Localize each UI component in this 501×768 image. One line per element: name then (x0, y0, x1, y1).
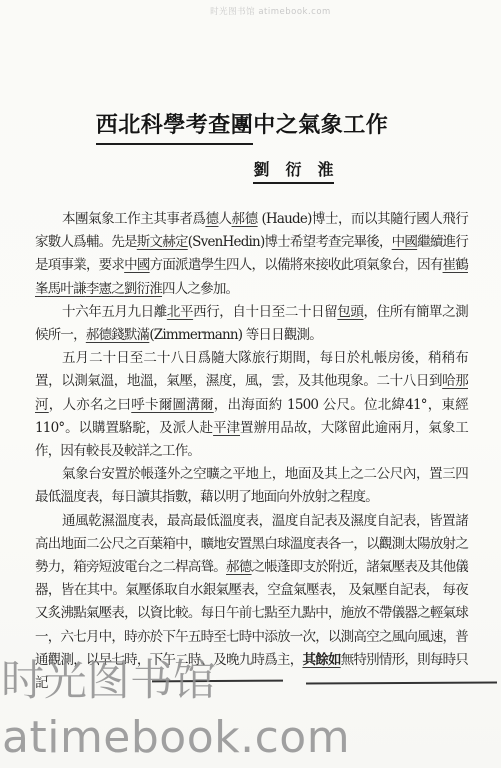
proper-noun: 劉衍淮 (124, 281, 162, 297)
paragraph: 氣象台安置於帳蓬外之空曠之平地上，地面及其上之二公尺內，置三四最低溫度表，每日讀… (35, 463, 468, 509)
article-title: 西北科學考查團中之氣象工作 (0, 108, 484, 139)
proper-noun: 平津 (213, 420, 240, 436)
text-segment: 西行，自十日至二十日留 (193, 304, 337, 320)
author-name: 劉 衍 淮 (253, 160, 333, 184)
proper-noun: 德 (205, 211, 218, 227)
proper-noun: 北平 (167, 304, 193, 320)
proper-noun: 郝德錢默滿 (86, 327, 150, 343)
paragraph: 五月二十日至二十八日爲隨大隊旅行期間，每日於札帳房後，稍稍布置，以測氣溫，地溫，… (35, 347, 468, 463)
text-segment: 本團氣象工作主其事者爲 (62, 211, 205, 227)
article-body: 本團氣象工作主其事者爲德人郝德 (Haude)博士，而以其隨行國人飛行家數人爲輔… (35, 208, 468, 695)
top-watermark: 时光图书馆 atimebook.com (40, 5, 501, 17)
proper-noun: 包頭 (337, 304, 363, 320)
text-segment: ，人亦名之曰 (49, 397, 132, 413)
proper-noun: 郝德 (232, 211, 258, 227)
title-proper-noun-segment: 西北科學考查團 (96, 112, 254, 145)
text-segment: 氣象台安置於帳蓬外之空曠之平地上，地面及其上之二公尺內，置三四最低溫度表，每日讀… (35, 466, 468, 505)
proper-noun: 斯文赫定 (137, 234, 188, 250)
paragraph: 本團氣象工作主其事者爲德人郝德 (Haude)博士，而以其隨行國人飛行家數人爲輔… (35, 208, 468, 301)
text-segment: 四人之參加。 (162, 281, 238, 297)
paragraph: 十六年五月九日離北平西行，自十日至二十日留包頭，住所有簡單之測候所一，郝德錢默滿… (35, 301, 468, 347)
proper-noun: 馬叶謙 (48, 281, 86, 297)
bottom-watermark-domain: atimebook.com (2, 714, 350, 762)
text-segment: 方面派遣學生四人，以備將來接收此項氣象台，因有 (150, 257, 443, 273)
scanned-document-page: 时光图书馆 atimebook.com 西北科學考查團中之氣象工作 劉 衍 淮 … (0, 0, 501, 768)
proper-noun: 呼卡爾圖溝爾 (131, 397, 214, 413)
text-segment: (SvenHedin)博士希望考查完畢後， (188, 234, 392, 250)
proper-noun: 中國 (392, 234, 417, 250)
proper-noun: 中國 (124, 257, 149, 273)
text-segment: 人 (218, 211, 231, 227)
proper-noun: 郝德 (226, 559, 251, 575)
title-segment: 中之氣象工作 (253, 112, 388, 138)
author-line: 劉 衍 淮 (86, 157, 501, 180)
text-segment: 五月二十日至二十八日爲隨大隊旅行期間，每日於札帳房後，稍稍布置，以測氣溫，地溫，… (35, 350, 468, 389)
bottom-watermark-chinese: 时光图书馆 (1, 660, 216, 703)
proper-noun: 李憲之 (86, 281, 124, 297)
proper-noun: 其餘如 (302, 652, 340, 668)
text-segment: 十六年五月九日離 (62, 304, 167, 320)
text-segment: (Zimmermann) 等日日觀測。 (149, 327, 322, 343)
